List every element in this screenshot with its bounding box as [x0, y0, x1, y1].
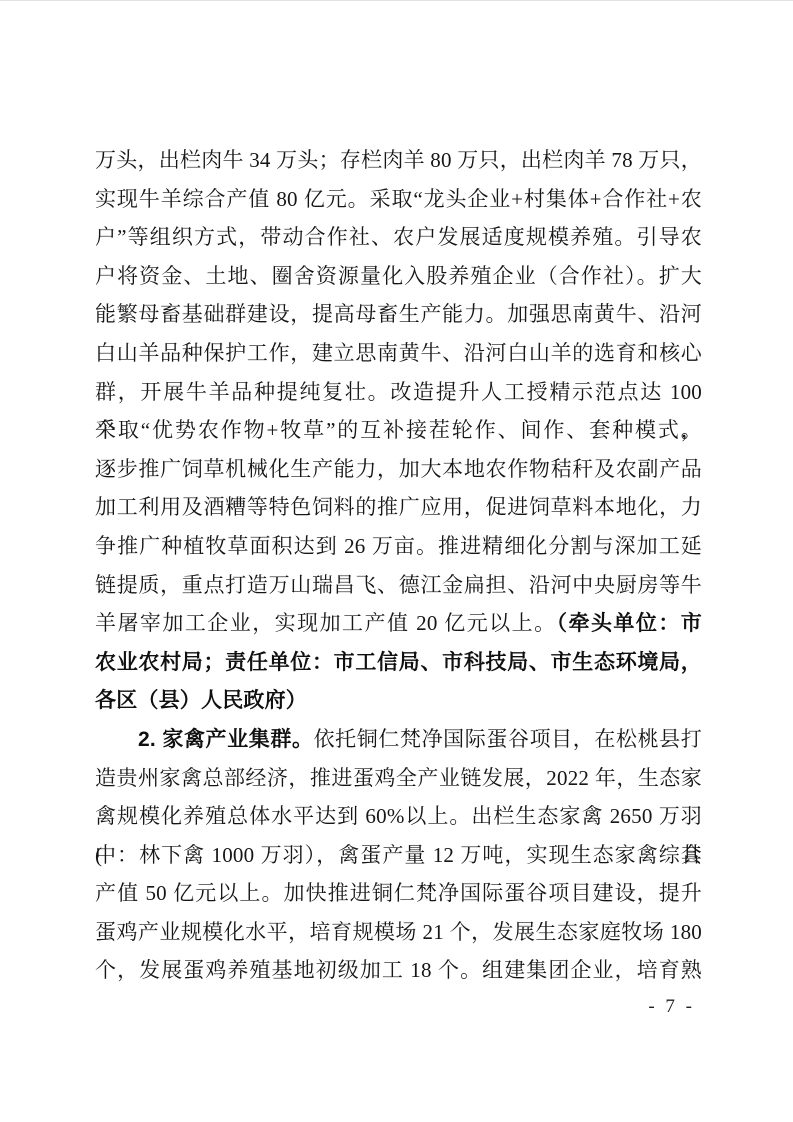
text-line: 万头，出栏肉牛 34 万头；存栏肉羊 80 万只，出栏肉羊 78 万只，	[95, 141, 702, 180]
line-text: 链提质，重点打造万山瑞昌飞、德江金扁担、沿河中央厨房等牛	[95, 573, 702, 597]
line-text: 加工利用及酒糟等特色饲料的推广应用，促进饲草料本地化，力	[95, 495, 702, 519]
text-line: 羊屠宰加工企业，实现加工产值 20 亿元以上。（牵头单位：市	[95, 604, 702, 643]
line-text: 依托铜仁梵净国际蛋谷项目，在松桃县打	[314, 727, 702, 751]
line-text: 能繁母畜基础群建设，提高母畜生产能力。加强思南黄牛、沿河	[95, 302, 702, 326]
text-line: 逐步推广饲草机械化生产能力，加大本地农作物秸秆及农副产品	[95, 450, 702, 489]
line-text: 中：林下禽 1000 万羽），禽蛋产量 12 万吨，实现生态家禽综合	[95, 843, 702, 867]
lead-unit-label: 农业农村局；责任单位：市工信局、市科技局、市生态环境局，	[95, 651, 702, 674]
lead-unit-label: （牵头单位：市	[557, 612, 702, 635]
line-text: 采取“优势农作物+牧草”的互补接茬轮作、间作、套种模式，	[95, 418, 702, 442]
line-text: 争推广种植牧草面积达到 26 万亩。推进精细化分割与深加工延	[95, 534, 702, 558]
text-line-paragraph-start: 2. 家禽产业集群。依托铜仁梵净国际蛋谷项目，在松桃县打	[95, 720, 702, 759]
text-line: 争推广种植牧草面积达到 26 万亩。推进精细化分割与深加工延	[95, 527, 702, 566]
text-line: 蛋鸡产业规模化水平，培育规模场 21 个，发展生态家庭牧场 180	[95, 913, 702, 952]
line-text: 羊屠宰加工企业，实现加工产值 20 亿元以上。	[95, 611, 557, 635]
line-text: 白山羊品种保护工作，建立思南黄牛、沿河白山羊的选育和核心	[95, 341, 702, 365]
page-number: - 7 -	[648, 996, 695, 1018]
document-page: 万头，出栏肉牛 34 万头；存栏肉羊 80 万只，出栏肉羊 78 万只， 实现牛…	[0, 1, 793, 1122]
line-text: 实现牛羊综合产值 80 亿元。采取“龙头企业+村集体+合作社+农	[95, 187, 702, 211]
text-line: 户将资金、土地、圈舍资源量化入股养殖企业（合作社）。扩大	[95, 257, 702, 296]
line-text: 个，发展蛋鸡养殖基地初级加工 18 个。组建集团企业，培育熟	[95, 958, 702, 982]
text-line: 采取“优势农作物+牧草”的互补接茬轮作、间作、套种模式，	[95, 411, 702, 450]
text-line: 链提质，重点打造万山瑞昌飞、德江金扁担、沿河中央厨房等牛	[95, 566, 702, 605]
document-body: 万头，出栏肉牛 34 万头；存栏肉羊 80 万只，出栏肉羊 78 万只， 实现牛…	[95, 141, 702, 990]
text-line: 实现牛羊综合产值 80 亿元。采取“龙头企业+村集体+合作社+农	[95, 180, 702, 219]
text-line: 个，发展蛋鸡养殖基地初级加工 18 个。组建集团企业，培育熟	[95, 951, 702, 990]
text-line: 加工利用及酒糟等特色饲料的推广应用，促进饲草料本地化，力	[95, 488, 702, 527]
line-text: 产值 50 亿元以上。加快推进铜仁梵净国际蛋谷项目建设，提升	[95, 881, 702, 905]
line-text: 户将资金、土地、圈舍资源量化入股养殖企业（合作社）。扩大	[95, 264, 702, 288]
line-text: 万头，出栏肉牛 34 万头；存栏肉羊 80 万只，出栏肉羊 78 万只，	[95, 148, 702, 172]
text-line: 中：林下禽 1000 万羽），禽蛋产量 12 万吨，实现生态家禽综合	[95, 836, 702, 875]
line-text: 造贵州家禽总部经济，推进蛋鸡全产业链发展，2022 年，生态家	[95, 766, 702, 790]
text-line: 各区（县）人民政府）	[95, 681, 702, 720]
text-line: 造贵州家禽总部经济，推进蛋鸡全产业链发展，2022 年，生态家	[95, 759, 702, 798]
line-text: 户”等组织方式，带动合作社、农户发展适度规模养殖。引导农	[95, 225, 702, 249]
text-line: 能繁母畜基础群建设，提高母畜生产能力。加强思南黄牛、沿河	[95, 295, 702, 334]
text-line: 农业农村局；责任单位：市工信局、市科技局、市生态环境局，	[95, 643, 702, 682]
paragraph-heading: 2. 家禽产业集群。	[138, 728, 314, 751]
line-text: 逐步推广饲草机械化生产能力，加大本地农作物秸秆及农副产品	[95, 457, 702, 481]
line-text: 蛋鸡产业规模化水平，培育规模场 21 个，发展生态家庭牧场 180	[95, 920, 702, 944]
text-line: 群，开展牛羊品种提纯复壮。改造提升人工授精示范点达 100 个。	[95, 373, 702, 412]
text-line: 产值 50 亿元以上。加快推进铜仁梵净国际蛋谷项目建设，提升	[95, 874, 702, 913]
text-line: 禽规模化养殖总体水平达到 60%以上。出栏生态家禽 2650 万羽(其	[95, 797, 702, 836]
text-line: 白山羊品种保护工作，建立思南黄牛、沿河白山羊的选育和核心	[95, 334, 702, 373]
text-line: 户”等组织方式，带动合作社、农户发展适度规模养殖。引导农	[95, 218, 702, 257]
lead-unit-label: 各区（县）人民政府）	[95, 689, 307, 712]
